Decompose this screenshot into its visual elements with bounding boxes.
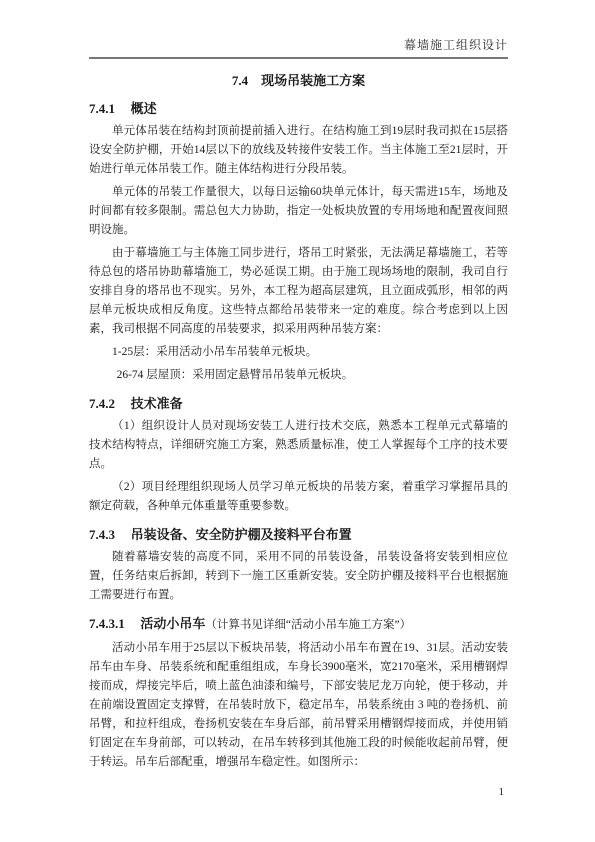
document-content: 7.4现场吊装施工方案 7.4.1概述 单元体吊装在结构封顶前提前插入进行。在结… [89, 71, 508, 772]
heading-7-4-3: 7.4.3吊装设备、安全防护棚及接料平台布置 [89, 525, 508, 544]
heading-text: 概述 [131, 101, 157, 116]
paragraph: （1）组织设计人员对现场安装工人进行技术交底，熟悉本工程单元式幕墙的技术结构特点… [89, 417, 508, 474]
heading-number: 7.4.2 [89, 396, 115, 411]
heading-number: 7.4.1 [89, 101, 115, 116]
paragraph: 随着幕墙安装的高度不同，采用不同的吊装设备，吊装设备将安装到相应位置，任务结束后… [89, 548, 508, 605]
paragraph: 单元体的吊装工作量很大，以每日运输60块单元体计，每天需进15车，场地及时间都有… [89, 183, 508, 240]
heading-7-4-1: 7.4.1概述 [89, 99, 508, 118]
page-number: 1 [499, 786, 509, 798]
heading-7-4-3-1: 7.4.3.1活动小吊车（计算书见详细“活动小吊车施工方案”） [89, 614, 508, 635]
list-item-floors-1-25: 1-25层：采用活动小吊车吊装单元板块。 [89, 343, 508, 362]
chapter-title-text: 现场吊装施工方案 [261, 73, 365, 88]
document-page: 幕墙施工组织设计 7.4现场吊装施工方案 7.4.1概述 单元体吊装在结构封顶前… [0, 0, 595, 842]
header-running-title: 幕墙施工组织设计 [89, 36, 508, 53]
page-footer: 1 [89, 782, 508, 800]
paragraph: 活动小吊车用于25层以下板块吊装，将活动小吊车布置在19、31层。活动安装吊车由… [89, 639, 508, 772]
heading-number: 7.4.3.1 [89, 616, 125, 631]
heading-suffix-note: （计算书见详细“活动小吊车施工方案”） [205, 619, 411, 631]
page-header: 幕墙施工组织设计 [89, 36, 508, 59]
paragraph: 单元体吊装在结构封顶前提前插入进行。在结构施工到19层时我司拟在15层搭设安全防… [89, 122, 508, 179]
chapter-title-number: 7.4 [232, 73, 248, 88]
paragraph: 由于幕墙施工与主体施工同步进行，塔吊工时紧张，无法满足幕墙施工，若等待总包的塔吊… [89, 244, 508, 339]
paragraph: （2）项目经理组织现场人员学习单元板块的吊装方案，着重学习掌握吊具的额定荷载，各… [89, 478, 508, 516]
chapter-title: 7.4现场吊装施工方案 [89, 71, 508, 90]
list-item-floors-26-74: 26-74 层屋顶：采用固定悬臂吊吊装单元板块。 [89, 366, 508, 385]
heading-text: 技术准备 [131, 396, 183, 411]
heading-7-4-2: 7.4.2技术准备 [89, 394, 508, 413]
heading-text: 活动小吊车 [140, 616, 205, 631]
heading-text: 吊装设备、安全防护棚及接料平台布置 [131, 527, 352, 542]
heading-number: 7.4.3 [89, 527, 115, 542]
